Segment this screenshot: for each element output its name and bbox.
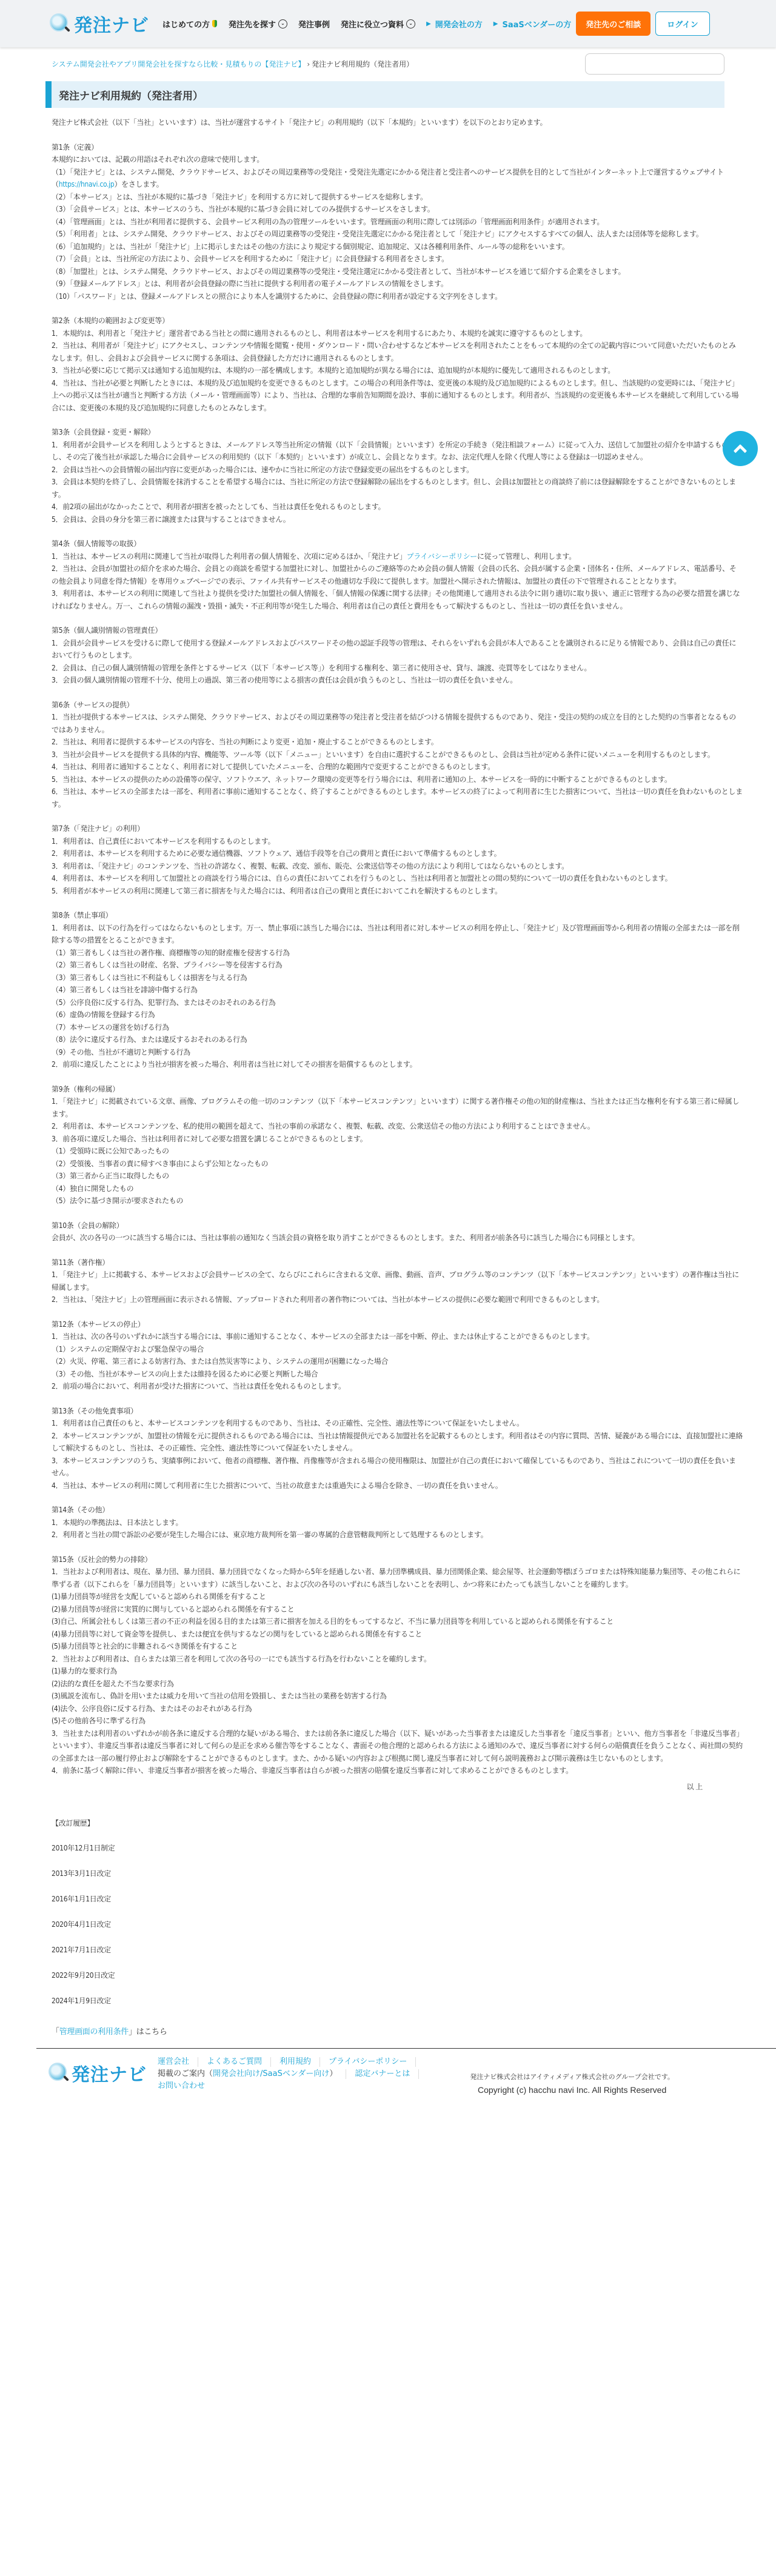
- footer-links-row-3: お問い合わせ: [158, 2080, 427, 2092]
- article-paragraph: (3)風説を流布し、偽計を用いまたは威力を用いて当社の信用を毀損し、または当社の…: [52, 1690, 743, 1703]
- revision-item: 2022年9月20日改定: [52, 1969, 743, 1995]
- article-title: 第13条（その他免責事項）: [52, 1405, 743, 1418]
- logo[interactable]: 発注ナビ: [50, 10, 149, 37]
- consult-button[interactable]: 発注先のご相談: [576, 12, 651, 36]
- top-row: システム開発会社やアプリ開発会社を探すなら比較・見積もりの【発注ナビ】›発注ナビ…: [52, 47, 724, 72]
- article-paragraph: 4．当社は、当社が必要と判断したときには、本規約及び追加規約を変更できるものとし…: [52, 377, 743, 415]
- article-paragraph: （3）第三者もしくは当社に不利益もしくは損害を与える行為: [52, 972, 743, 984]
- article-paragraph: （2）「本サービス」とは、当社が本規約に基づき「発注ナビ」を利用する方に対して提…: [52, 191, 743, 204]
- article-title: 第15条（反社会的勢力の排除）: [52, 1553, 743, 1566]
- intro-paragraph: 発注ナビ株式会社（以下「当社」といいます）は、当社が運営するサイト「発注ナビ」の…: [52, 116, 743, 129]
- article-paragraph: 1．当社および利用者は、現在、暴力団、暴力団員、暴力団員でなくなった時から5年を…: [52, 1566, 743, 1590]
- article-paragraph: 4．前2項の届出がなかったことで、利用者が損害を被ったとしても、当社は責任を免れ…: [52, 501, 743, 513]
- article-paragraph: （3）「会員サービス」とは、本サービスのうち、当社が本規約に基づき会員に対しての…: [52, 203, 743, 216]
- main-content: システム開発会社やアプリ開発会社を探すなら比較・見積もりの【発注ナビ】›発注ナビ…: [52, 47, 724, 2038]
- article-paragraph: 2．当社は、「発注ナビ」上の管理画面に表示される情報、アップロードされた利用者の…: [52, 1293, 743, 1306]
- nav-beginners[interactable]: はじめての方: [162, 18, 218, 30]
- article-paragraph: （3）その他、当社が本サービスの向上または維持を図るために必要と判断した場合: [52, 1368, 743, 1381]
- revision-item: 2016年1月1日改定: [52, 1893, 743, 1918]
- site-footer: 発注ナビ 運営会社 よくあるご質問 利用規約 プライバシーポリシー 掲載のご案内…: [0, 2049, 776, 2109]
- chevron-down-circle-icon: ⌄: [406, 19, 415, 28]
- terms-body: 発注ナビ株式会社（以下「当社」といいます）は、当社が運営するサイト「発注ナビ」の…: [52, 116, 743, 2038]
- closing-mark: 以 上: [52, 1781, 743, 1794]
- article-paragraph: 3．会員は本契約を終了し、会員情報を抹消することを希望する場合には、当社に所定の…: [52, 476, 743, 501]
- article-paragraph: （10）「パスワード」とは、登録メールアドレスとの照合により本人を識別するために…: [52, 290, 743, 303]
- article-paragraph: （4）独自に開発したもの: [52, 1183, 743, 1195]
- article-10: 第10条（会員の解除）会員が、次の各号の一つに該当する場合には、当社は事前の通知…: [52, 1220, 743, 1244]
- articles-list: 第1条（定義）本規約においては、記載の用語はそれぞれ次の意味で使用します。（1）…: [52, 141, 743, 1777]
- article-paragraph: 2．本サービスコンテンツが、加盟社の情報を元に提供されるものである場合には、当社…: [52, 1430, 743, 1455]
- article-paragraph: 1．本規約の準拠法は、日本法とします。: [52, 1517, 743, 1529]
- article-14: 第14条（その他）1．本規約の準拠法は、日本法とします。2．利用者と当社の間で訴…: [52, 1504, 743, 1541]
- article-paragraph: 2．利用者は、本サービスコンテンツを、私的使用の範囲を超えて、当社の事前の承諾な…: [52, 1120, 743, 1133]
- saas-vendor-link[interactable]: ▶ SaaSベンダーの方: [493, 18, 571, 30]
- revision-heading: 【改訂履歴】: [52, 1817, 743, 1830]
- article-title: 第5条（個人識別情報の管理責任）: [52, 624, 743, 637]
- article-13: 第13条（その他免責事項）1．利用者は自己責任のもと、本サービスコンテンツを利用…: [52, 1405, 743, 1492]
- article-9: 第9条（権利の帰属）1．「発注ナビ」に掲載されている文章、画像、プログラムその他…: [52, 1083, 743, 1207]
- article-paragraph: （4）第三者もしくは当社を誹謗中傷する行為: [52, 984, 743, 996]
- article-paragraph: 2．利用者は、本サービスを利用するために必要な通信機器、ソフトウェア、通信手段等…: [52, 847, 743, 860]
- breadcrumb-current: 発注ナビ利用規約（発注者用）: [312, 60, 413, 68]
- article-11: 第11条（著作権）1．「発注ナビ」上に掲載する、本サービスおよび会員サービスの全…: [52, 1256, 743, 1306]
- article-paragraph: 5．会員は、会員の身分を第三者に譲渡または貸与することはできません。: [52, 513, 743, 526]
- article-title: 第2条（本規約の範囲および変更等）: [52, 315, 743, 327]
- mgmt-terms-line: 「管理画面の利用条件」はこちら: [52, 2026, 743, 2039]
- article-paragraph: (1)暴力団員等が経営を支配していると認められる関係を有すること: [52, 1590, 743, 1603]
- article-paragraph: (4)法令、公序良俗に反する行為、またはそのおそれがある行為: [52, 1703, 743, 1715]
- bracket-open: 「: [52, 2027, 59, 2037]
- breadcrumb: システム開発会社やアプリ開発会社を探すなら比較・見積もりの【発注ナビ】›発注ナビ…: [52, 59, 413, 69]
- footer-link-privacy[interactable]: プライバシーポリシー: [329, 2056, 407, 2068]
- search-input[interactable]: [585, 53, 724, 75]
- article-7: 第7条（「発注ナビ」の利用）1．利用者は、自己責任において本サービスを利用するも…: [52, 823, 743, 897]
- nav-find-vendor[interactable]: 発注先を探す ⌄: [229, 18, 287, 30]
- article-8: 第8条（禁止事項）1．利用者は、以下の行為を行ってはならないものとします。万一、…: [52, 909, 743, 1071]
- article-paragraph: 3．利用者は、「発注ナビ」のコンテンツを、当社の許諾なく、複製、転載、改変、頒布…: [52, 860, 743, 873]
- footer-links-row-1: 運営会社 よくあるご質問 利用規約 プライバシーポリシー: [158, 2056, 427, 2068]
- article-title: 第6条（サービスの提供）: [52, 699, 743, 712]
- footer-link-listing-saas[interactable]: SaaSベンダー向け: [263, 2068, 329, 2080]
- article-5: 第5条（個人識別情報の管理責任）1．会員が会員サービスを受けるに際して使用する登…: [52, 624, 743, 687]
- beginner-mark-icon: [212, 20, 218, 28]
- mgmt-terms-link[interactable]: 管理画面の利用条件: [59, 2027, 129, 2037]
- article-paragraph: (3)自己、所属会社もしくは第三者の不正の利益を図る目的または第三者に損害を加え…: [52, 1615, 743, 1628]
- page-title: 発注ナビ利用規約（発注者用）: [45, 81, 724, 108]
- article-paragraph: 2．利用者と当社の間で訴訟の必要が発生した場合には、東京地方裁判所を第一審の専属…: [52, 1529, 743, 1541]
- divider: [415, 2057, 416, 2067]
- article-paragraph: （7）「会員」とは、当社所定の方法により、会員サービスを利用するために「発注ナビ…: [52, 253, 743, 265]
- article-title: 第9条（権利の帰属）: [52, 1083, 743, 1096]
- article-title: 第7条（「発注ナビ」の利用）: [52, 823, 743, 835]
- magnifier-globe-icon: [48, 2063, 69, 2083]
- revision-item: 2021年7月1日改定: [52, 1944, 743, 1969]
- footer-logo-text: 発注ナビ: [72, 2060, 147, 2086]
- revision-item: 2010年12月1日制定: [52, 1842, 743, 1867]
- article-paragraph: 1．当社は、次の各号のいずれかに該当する場合には、事前に通知することなく、本サー…: [52, 1330, 743, 1343]
- footer-link-contact[interactable]: お問い合わせ: [158, 2080, 205, 2092]
- main-nav: はじめての方 発注先を探す ⌄ 発注事例 発注に役立つ資料 ⌄ ▶ 開発会社の方…: [162, 18, 571, 30]
- article-paragraph: (2)暴力団員等が経営に実質的に関与していると認められる関係を有すること: [52, 1603, 743, 1616]
- footer-link-faq[interactable]: よくあるご質問: [207, 2056, 262, 2068]
- triangle-right-icon: ▶: [493, 21, 498, 27]
- breadcrumb-separator: ›: [307, 60, 310, 68]
- article-paragraph: （6）虚偽の情報を登録する行為: [52, 1009, 743, 1021]
- article-paragraph: 2．前項に違反したことにより当社が損害を被った場合、利用者は当社に対してその損害…: [52, 1058, 743, 1071]
- article-paragraph: 4．利用者は、本サービスを利用して加盟社との商談を行う場合には、自らの責任におい…: [52, 872, 743, 885]
- article-paragraph: （6）「追加規約」とは、当社が「発注ナビ」上に掲示しまたはその他の方法により規定…: [52, 241, 743, 253]
- magnifier-globe-icon: [50, 13, 70, 34]
- article-paragraph: 1．利用者は、自己責任において本サービスを利用するものとします。: [52, 835, 743, 848]
- article-paragraph: 2．会員は、自己の個人識別情報の管理を条件とするサービス（以下「本サービス等」）…: [52, 662, 743, 675]
- footer-links-row-2: 掲載のご案内（ 開発会社向け / SaaSベンダー向け ） 認定バナーとは: [158, 2068, 427, 2080]
- article-paragraph: （1）受領時に既に公知であったもの: [52, 1145, 743, 1158]
- article-paragraph: 4．当社は、利用者に通知することなく、利用者に対して提供していたメニューを、合理…: [52, 761, 743, 773]
- chevron-down-circle-icon: ⌄: [278, 19, 287, 28]
- revision-list: 2010年12月1日制定2013年3月1日改定2016年1月1日改定2020年4…: [52, 1842, 743, 2020]
- article-paragraph: （2）第三者もしくは当社の財産、名誉、プライバシー等を侵害する行為: [52, 959, 743, 972]
- divider: [319, 2057, 320, 2067]
- article-title: 第12条（本サービスの停止）: [52, 1318, 743, 1331]
- dev-company-link[interactable]: ▶ 開発会社の方: [426, 18, 483, 30]
- article-paragraph: 1．会員が会員サービスを受けるに際して使用する登録メールアドレスおよびパスワード…: [52, 637, 743, 662]
- article-paragraph: （1）システムの定期保守および緊急保守の場合: [52, 1343, 743, 1356]
- mgmt-terms-suffix: 」はこちら: [129, 2027, 167, 2037]
- article-paragraph: （5）公序良俗に反する行為、犯罪行為、またはそのおそれのある行為: [52, 996, 743, 1009]
- article-paragraph: 6．当社は、本サービスの全部または一部を、利用者に事前に通知することなく、終了す…: [52, 786, 743, 810]
- logo-text: 発注ナビ: [74, 10, 149, 37]
- article-title: 第1条（定義）: [52, 141, 743, 154]
- article-paragraph: （7）本サービスの運営を妨げる行為: [52, 1021, 743, 1034]
- divider: [418, 2069, 419, 2079]
- article-paragraph: 3．当社が必要に応じて掲示又は通知する追加規約は、本規約の一部を構成します。本規…: [52, 364, 743, 377]
- article-title: 第8条（禁止事項）: [52, 909, 743, 922]
- article-paragraph: 5．利用者が本サービスの利用に関連して第三者に損害を与えた場合には、利用者は自己…: [52, 885, 743, 898]
- article-paragraph: (5)暴力団員等と社会的に非難されるべき関係を有すること: [52, 1640, 743, 1653]
- footer-links: 運営会社 よくあるご質問 利用規約 プライバシーポリシー 掲載のご案内（ 開発会…: [158, 2056, 427, 2092]
- article-paragraph: （8）「加盟社」とは、システム開発、クラウドサービス、およびその周辺業務等の受発…: [52, 265, 743, 278]
- article-paragraph: （3）第三者から正当に取得したもの: [52, 1170, 743, 1183]
- nav-resources[interactable]: 発注に役立つ資料 ⌄: [341, 18, 415, 30]
- article-1: 第1条（定義）本規約においては、記載の用語はそれぞれ次の意味で使用します。（1）…: [52, 141, 743, 303]
- divider: [270, 2057, 271, 2067]
- article-2: 第2条（本規約の範囲および変更等）1．本規約は、利用者と「発注ナビ」運営者である…: [52, 315, 743, 414]
- nav-case-studies[interactable]: 発注事例: [298, 18, 330, 30]
- article-paragraph: 2．会員は当社への会員情報の届出内容に変更があった場合には、速やかに当社に所定の…: [52, 464, 743, 476]
- article-paragraph: （4）「管理画面」とは、当社が利用者に提供する、会員サービス利用の為の管理ツール…: [52, 216, 743, 229]
- article-title: 第4条（個人情報等の取扱）: [52, 538, 743, 550]
- listing-close: ）: [329, 2068, 337, 2080]
- breadcrumb-home[interactable]: システム開発会社やアプリ開発会社を探すなら比較・見積もりの【発注ナビ】: [52, 60, 305, 68]
- article-12: 第12条（本サービスの停止）1．当社は、次の各号のいずれかに該当する場合には、事…: [52, 1318, 743, 1393]
- article-paragraph: 1．本規約は、利用者と「発注ナビ」運営者である当社との間に適用されるものとし、利…: [52, 327, 743, 340]
- article-paragraph: 本規約においては、記載の用語はそれぞれ次の意味で使用します。: [52, 153, 743, 166]
- nav-case-studies-label: 発注事例: [298, 18, 330, 30]
- site-header: 発注ナビ はじめての方 発注先を探す ⌄ 発注事例 発注に役立つ資料 ⌄ ▶ 開…: [0, 0, 776, 47]
- article-4: 第4条（個人情報等の取扱）1．当社は、本サービスの利用に関連して当社が取得した利…: [52, 538, 743, 612]
- nav-beginners-label: はじめての方: [162, 18, 210, 30]
- article-paragraph: (4)暴力団員等に対して資金等を提供し、または便宜を供与するなどの関与をしている…: [52, 1628, 743, 1641]
- article-paragraph: 2．当社および利用者は、自らまたは第三者を利用して次の各号の一にでも該当する行為…: [52, 1653, 743, 1666]
- article-paragraph: 4．当社は、本サービスの利用に関して利用者に生じた損害について、当社の故意または…: [52, 1480, 743, 1492]
- article-paragraph: 5．当社は、本サービスの提供のための設備等の保守、ソフトウエア、ネットワーク環境…: [52, 773, 743, 786]
- article-paragraph: （5）法令に基づき開示が要求されたもの: [52, 1195, 743, 1207]
- article-paragraph: 3．当社または利用者のいずれかが前各条に違反する合理的な疑いがある場合、または前…: [52, 1727, 743, 1765]
- article-paragraph: （1）「発注ナビ」とは、システム開発、クラウドサービス、およびその周辺業務等の受…: [52, 166, 743, 191]
- privacy-policy-link[interactable]: プライバシーポリシー: [407, 552, 477, 561]
- article-paragraph: 1．当社が提供する本サービスは、システム開発、クラウドサービス、およびその周辺業…: [52, 711, 743, 736]
- article-paragraph: 会員が、次の各号の一つに該当する場合には、当社は事前の通知なく当該会員の資格を取…: [52, 1232, 743, 1244]
- revision-item: 2013年3月1日改定: [52, 1867, 743, 1893]
- nav-resources-label: 発注に役立つ資料: [341, 18, 404, 30]
- saas-vendor-link-label: SaaSベンダーの方: [502, 18, 571, 30]
- article-paragraph: 3．本サービスコンテンツのうち、実績事例において、他者の商標権、著作権、肖像権等…: [52, 1455, 743, 1480]
- footer-link-banner[interactable]: 認定バナーとは: [355, 2068, 410, 2080]
- group-company-note: 発注ナビ株式会社はアイティメディア株式会社のグループ会社です。: [470, 2072, 674, 2081]
- article-paragraph: 1．利用者は、以下の行為を行ってはならないものとします。万一、禁止事項に該当した…: [52, 922, 743, 947]
- article-title: 第11条（著作権）: [52, 1256, 743, 1269]
- article-paragraph: （8）法令に違反する行為、または違反するおそれのある行為: [52, 1033, 743, 1046]
- nav-find-vendor-label: 発注先を探す: [229, 18, 276, 30]
- footer-link-company[interactable]: 運営会社: [158, 2056, 189, 2068]
- article-paragraph: 1．利用者が会員サービスを利用しようとするときは、メールアドレス等当社所定の情報…: [52, 439, 743, 464]
- dev-company-link-label: 開発会社の方: [435, 18, 483, 30]
- footer-logo[interactable]: 発注ナビ: [48, 2060, 147, 2086]
- footer-link-listing-dev[interactable]: 開発会社向け: [213, 2068, 260, 2080]
- article-paragraph: （9）その他、当社が不適切と判断する行為: [52, 1046, 743, 1059]
- article-15: 第15条（反社会的勢力の排除）1．当社および利用者は、現在、暴力団、暴力団員、暴…: [52, 1553, 743, 1777]
- article-paragraph: （9）「登録メールアドレス」とは、利用者が会員登録の際に当社に提供する利用者の電…: [52, 278, 743, 290]
- article-paragraph: 3．会員の個人識別情報の管理不十分、使用上の過誤、第三者の使用等による損害の責任…: [52, 674, 743, 687]
- revision-item: 2020年4月1日改定: [52, 1918, 743, 1944]
- article-paragraph: 1．当社は、本サービスの利用に関連して当社が取得した利用者の個人情報を、次項に定…: [52, 550, 743, 563]
- listing-label: 掲載のご案内（: [158, 2068, 213, 2080]
- article-paragraph: （1）第三者もしくは当社の著作権、商標権等の知的財産権を侵害する行為: [52, 947, 743, 959]
- article-paragraph: （2）火災、停電、第三者による妨害行為、または自然災害等により、システムの運用が…: [52, 1355, 743, 1368]
- revision-history: 【改訂履歴】 2010年12月1日制定2013年3月1日改定2016年1月1日改…: [52, 1817, 743, 2020]
- article-paragraph: 2．当社は、利用者に提供する本サービスの内容を、当社の判断により変更・追加・廃止…: [52, 736, 743, 749]
- article-paragraph: 4．前条に基づく解除に伴い、非違反当事者が損害を被った場合、非違反当事者は自らが…: [52, 1764, 743, 1777]
- hnavi-url-link[interactable]: https://hnavi.co.jp: [59, 180, 115, 189]
- article-paragraph: （2）受領後、当事者の責に帰すべき事由によらず公知となったもの: [52, 1158, 743, 1170]
- article-paragraph: 2．当社は、会員が加盟社の紹介を求めた場合、会員との商談を希望する加盟社に対し、…: [52, 562, 743, 587]
- article-paragraph: (5)その他前各号に準ずる行為: [52, 1715, 743, 1727]
- article-title: 第10条（会員の解除）: [52, 1220, 743, 1232]
- article-paragraph: 2．当社は、利用者が「発注ナビ」にアクセスし、コンテンツや情報を閲覧・使用・ダウ…: [52, 339, 743, 364]
- article-paragraph: 2．前項の場合において、利用者が受けた損害について、当社は責任を免れるものとしま…: [52, 1380, 743, 1393]
- scroll-to-top-button[interactable]: [723, 431, 758, 466]
- copyright: Copyright (c) hacchu navi Inc. All Right…: [470, 2085, 674, 2095]
- article-paragraph: （5）「利用者」とは、システム開発、クラウドサービス、およびその周辺業務等の受発…: [52, 228, 743, 241]
- login-button[interactable]: ログイン: [655, 12, 709, 36]
- article-6: 第6条（サービスの提供）1．当社が提供する本サービスは、システム開発、クラウドサ…: [52, 699, 743, 811]
- footer-legal: 発注ナビ株式会社はアイティメディア株式会社のグループ会社です。 Copyrigh…: [470, 2072, 674, 2095]
- article-paragraph: 3．前各項に違反した場合、当社は利用者に対して必要な措置を講じることができるもの…: [52, 1133, 743, 1146]
- article-3: 第3条（会員登録・変更・解除）1．利用者が会員サービスを利用しようとするときは、…: [52, 426, 743, 526]
- article-paragraph: (1)暴力的な要求行為: [52, 1665, 743, 1678]
- divider: [198, 2057, 198, 2067]
- article-paragraph: 1．利用者は自己責任のもと、本サービスコンテンツを利用するものであり、当社は、そ…: [52, 1417, 743, 1430]
- article-title: 第3条（会員登録・変更・解除）: [52, 426, 743, 439]
- article-paragraph: 3．当社が会員サービスを提供する具体的内容、機能等、ツール等（以下「メニュー」と…: [52, 749, 743, 761]
- article-paragraph: (2)法的な責任を超えた不当な要求行為: [52, 1678, 743, 1690]
- article-paragraph: 3．利用者は、本サービスの利用に関連して当社より提供を受けた加盟社の個人情報を、…: [52, 587, 743, 612]
- divider: [346, 2069, 346, 2079]
- article-title: 第14条（その他）: [52, 1504, 743, 1517]
- footer-link-terms[interactable]: 利用規約: [279, 2056, 311, 2068]
- triangle-right-icon: ▶: [426, 21, 431, 27]
- article-paragraph: 1．「発注ナビ」に掲載されている文章、画像、プログラムその他一切のコンテンツ（以…: [52, 1095, 743, 1120]
- revision-item: 2024年1月9日改定: [52, 1995, 743, 2020]
- chevron-up-icon: [734, 444, 748, 458]
- article-paragraph: 1．「発注ナビ」上に掲載する、本サービスおよび会員サービスの全て、ならびにこれら…: [52, 1269, 743, 1293]
